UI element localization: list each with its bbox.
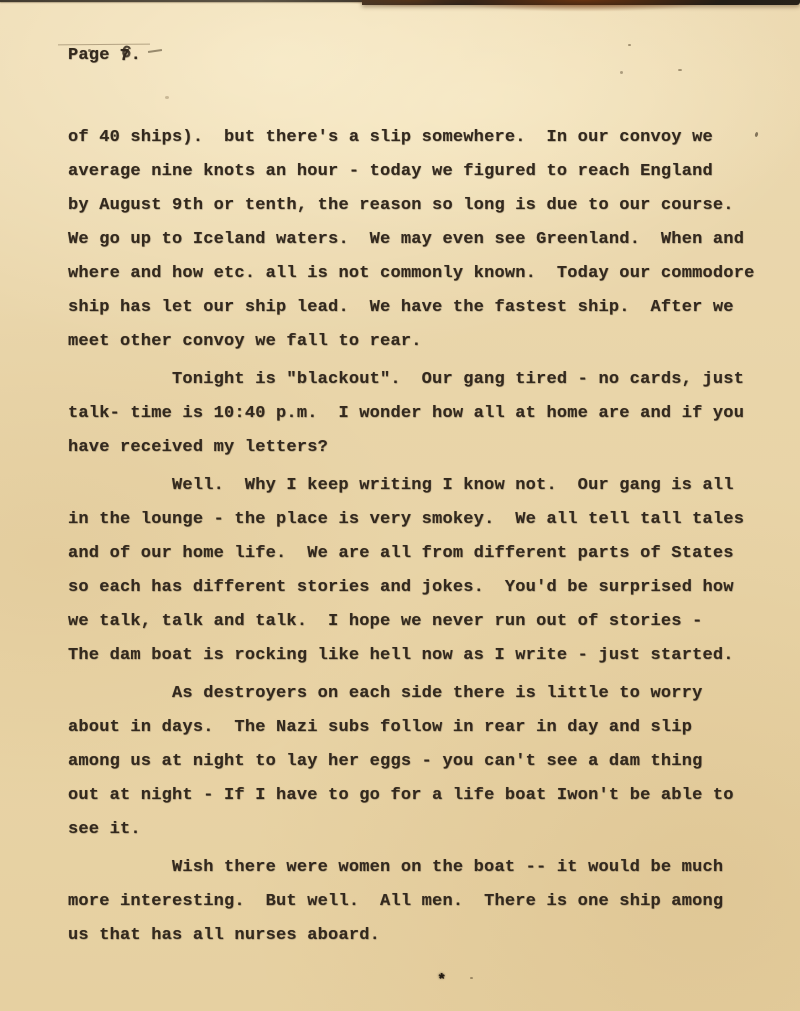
text-line: talk- time is 10:40 p.m. I wonder how al… [68,397,780,431]
scratch-mark-small [148,49,162,53]
footer-mark: * [437,972,446,989]
text-line: Well. Why I keep writing I know not. Our… [68,469,780,503]
text-line: average nine knots an hour - today we fi… [68,155,780,189]
paragraph: Tonight is "blackout". Our gang tired - … [68,363,780,465]
text-line: As destroyers on each side there is litt… [68,677,780,711]
scan-edge-top-right-band [362,0,800,5]
text-line: so each has different stories and jokes.… [68,571,780,605]
text-line: ship has let our ship lead. We have the … [68,291,780,325]
paper-speck [628,44,631,46]
paper-speck [88,49,91,52]
text-line: and of our home life. We are all from di… [68,537,780,571]
text-line: meet other convoy we fall to rear. [68,325,780,359]
text-line: see it. [68,813,780,847]
text-line: The dam boat is rocking like hell now as… [68,639,780,673]
paragraph: Wish there were women on the boat -- it … [68,851,780,953]
text-line: Tonight is "blackout". Our gang tired - … [68,363,780,397]
paper-speck [470,977,473,979]
paper-speck [165,96,169,99]
text-line: in the lounge - the place is very smokey… [68,503,780,537]
text-line: We go up to Iceland waters. We may even … [68,223,780,257]
text-line: out at night - If I have to go for a lif… [68,779,780,813]
page-number: 7 [120,47,130,66]
text-line: where and how etc. all is not commonly k… [68,257,780,291]
paper-speck [620,71,623,74]
text-line: by August 9th or tenth, the reason so lo… [68,189,780,223]
text-line: Wish there were women on the boat -- it … [68,851,780,885]
text-line: of 40 ships). but there's a slip somewhe… [68,121,780,155]
paragraph: of 40 ships). but there's a slip somewhe… [68,121,780,359]
text-line: about in days. The Nazi subs follow in r… [68,711,780,745]
page-number-period: . [131,46,141,65]
text-line: we talk, talk and talk. I hope we never … [68,605,780,639]
page-number-overstrike: 67 [120,46,131,66]
scan-edge-top-line [0,0,372,2]
paper-speck [678,69,682,71]
letter-body: of 40 ships). but there's a slip somewhe… [68,121,780,953]
text-line: among us at night to lay her eggs - you … [68,745,780,779]
paragraph: Well. Why I keep writing I know not. Our… [68,469,780,673]
text-line: more interesting. But well. All men. The… [68,885,780,919]
text-line: have received my letters? [68,431,780,465]
paragraph: As destroyers on each side there is litt… [68,677,780,847]
letter-page: { "meta": { "kind": "typewritten letter … [0,0,800,1011]
page-header: Page67. [68,46,141,66]
text-line: us that has all nurses aboard. [68,919,780,953]
